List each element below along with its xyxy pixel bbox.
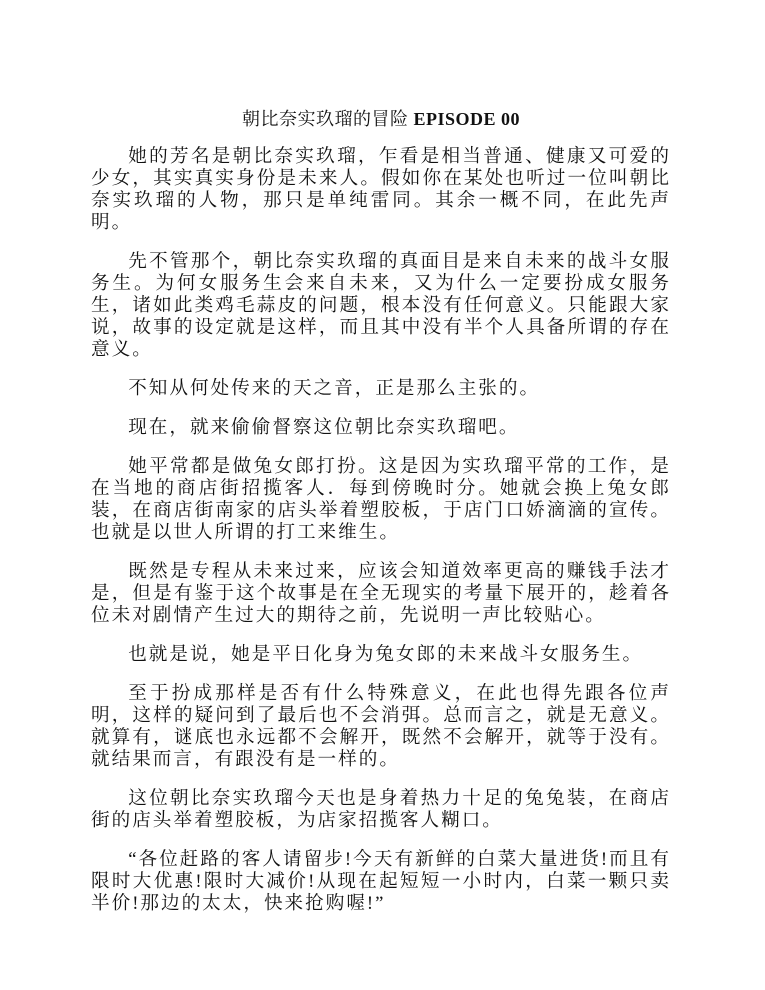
paragraph-2: 先不管那个，朝比奈实玖瑠的真面目是来自未来的战斗女服务生。为何女服务生会来自未来… [91, 251, 671, 361]
document-title: 朝比奈实玖瑠的冒险 EPISODE 00 [91, 108, 671, 130]
paragraph-9: 这位朝比奈实玖瑠今天也是身着热力十足的兔兔装，在商店街的店头举着塑胶板，为店家招… [91, 788, 671, 832]
paragraph-8: 至于扮成那样是否有什么特殊意义，在此也得先跟各位声明，这样的疑问到了最后也不会消… [91, 683, 671, 771]
document-page: 朝比奈实玖瑠的冒险 EPISODE 00 她的芳名是朝比奈实玖瑠，乍看是相当普通… [91, 108, 671, 932]
title-english: EPISODE 00 [413, 109, 520, 129]
paragraph-7: 也就是说，她是平日化身为兔女郎的未来战斗女服务生。 [91, 644, 671, 666]
paragraph-6: 既然是专程从未来过来，应该会知道效率更高的赚钱手法才是，但是有鉴于这个故事是在全… [91, 561, 671, 627]
paragraph-10: “各位赶路的客人请留步!今天有新鲜的白菜大量进货!而且有限时大优惠!限时大减价!… [91, 849, 671, 915]
paragraph-4: 现在，就来偷偷督察这位朝比奈实玖瑠吧。 [91, 417, 671, 439]
paragraph-5: 她平常都是做兔女郎打扮。这是因为实玖瑠平常的工作，是在当地的商店街招揽客人．每到… [91, 456, 671, 544]
paragraph-3: 不知从何处传来的天之音，正是那么主张的。 [91, 378, 671, 400]
paragraph-1: 她的芳名是朝比奈实玖瑠，乍看是相当普通、健康又可爱的少女，其实真实身份是未来人。… [91, 146, 671, 234]
title-chinese: 朝比奈实玖瑠的冒险 [242, 109, 409, 129]
